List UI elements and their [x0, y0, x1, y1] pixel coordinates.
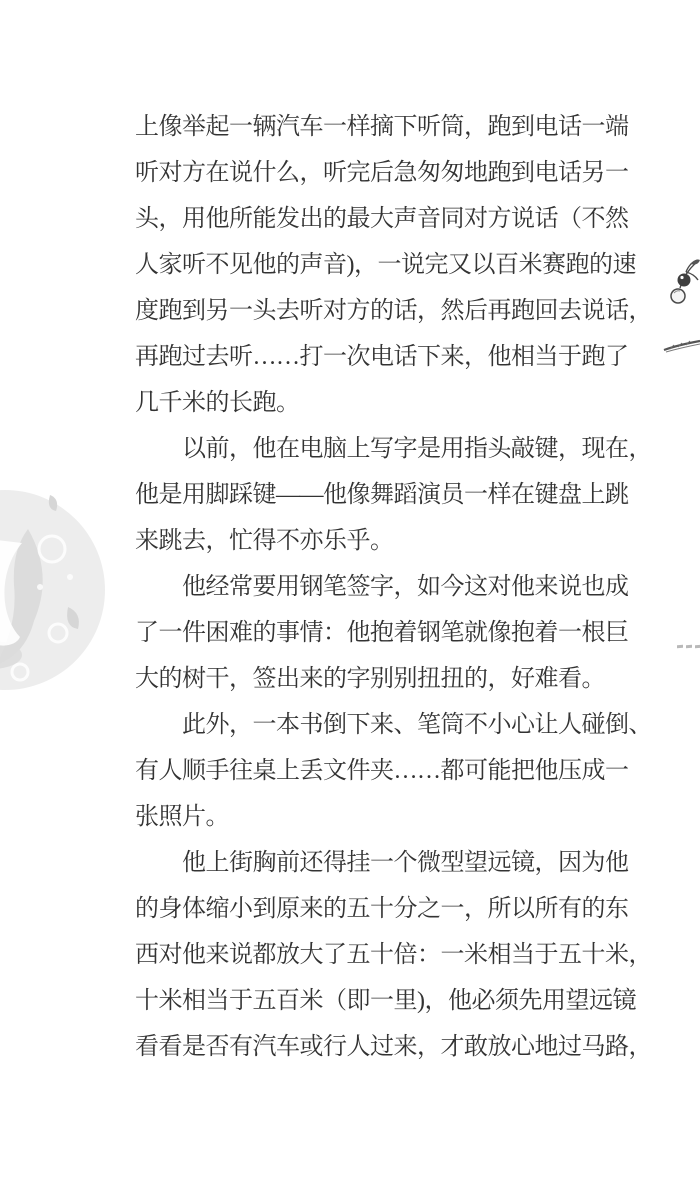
floral-circle-watermark-icon: [0, 487, 110, 693]
text-line: 了一件困难的事情：他抱着钢笔就像抱着一根巨: [135, 610, 645, 656]
book-page: 上像举起一辆汽车一样摘下听筒，跑到电话一端听对方在说什么，听完后急匆匆地跑到电话…: [0, 0, 700, 1185]
margin-dash-marks: [677, 645, 700, 649]
text-line: 听对方在说什么，听完后急匆匆地跑到电话另一: [135, 150, 645, 196]
text-line: 他经常要用钢笔签字，如今这对他来说也成: [135, 564, 645, 610]
text-line: 他上街胸前还得挂一个微型望远镜，因为他: [135, 840, 645, 886]
text-line: 再跑过去听……打一次电话下来，他相当于跑了: [135, 334, 645, 380]
text-line: 上像举起一辆汽车一样摘下听筒，跑到电话一端: [135, 104, 645, 150]
body-text: 上像举起一辆汽车一样摘下听筒，跑到电话一端听对方在说什么，听完后急匆匆地跑到电话…: [135, 104, 645, 1070]
text-line: 来跳去，忙得不亦乐乎。: [135, 518, 645, 564]
text-line: 以前，他在电脑上写字是用指头敲键，现在，: [135, 426, 645, 472]
text-line: 度跑到另一头去听对方的话，然后再跑回去说话，: [135, 288, 645, 334]
text-line: 的身体缩小到原来的五十分之一，所以所有的东: [135, 886, 645, 932]
text-line: 有人顺手往桌上丢文件夹……都可能把他压成一: [135, 748, 645, 794]
text-line: 人家听不见他的声音)，一说完又以百米赛跑的速: [135, 242, 645, 288]
twig-icon: [662, 330, 700, 358]
text-line: 头，用他所能发出的最大声音同对方说话（不然: [135, 196, 645, 242]
cherry-sprig-icon: [664, 256, 700, 318]
dash-mark: [677, 645, 683, 648]
text-line: 张照片。: [135, 794, 645, 840]
text-line: 几千米的长跑。: [135, 380, 645, 426]
text-line: 他是用脚踩键——他像舞蹈演员一样在键盘上跳: [135, 472, 645, 518]
text-line: 西对他来说都放大了五十倍：一米相当于五十米，: [135, 932, 645, 978]
text-line: 此外，一本书倒下来、笔筒不小心让人碰倒、: [135, 702, 645, 748]
text-line: 看看是否有汽车或行人过来，才敢放心地过马路，: [135, 1024, 645, 1070]
text-line: 大的树干，签出来的字别别扭扭的，好难看。: [135, 656, 645, 702]
dash-mark: [686, 645, 692, 648]
dash-mark: [695, 645, 700, 648]
text-line: 十米相当于五百米（即一里)，他必须先用望远镜: [135, 978, 645, 1024]
